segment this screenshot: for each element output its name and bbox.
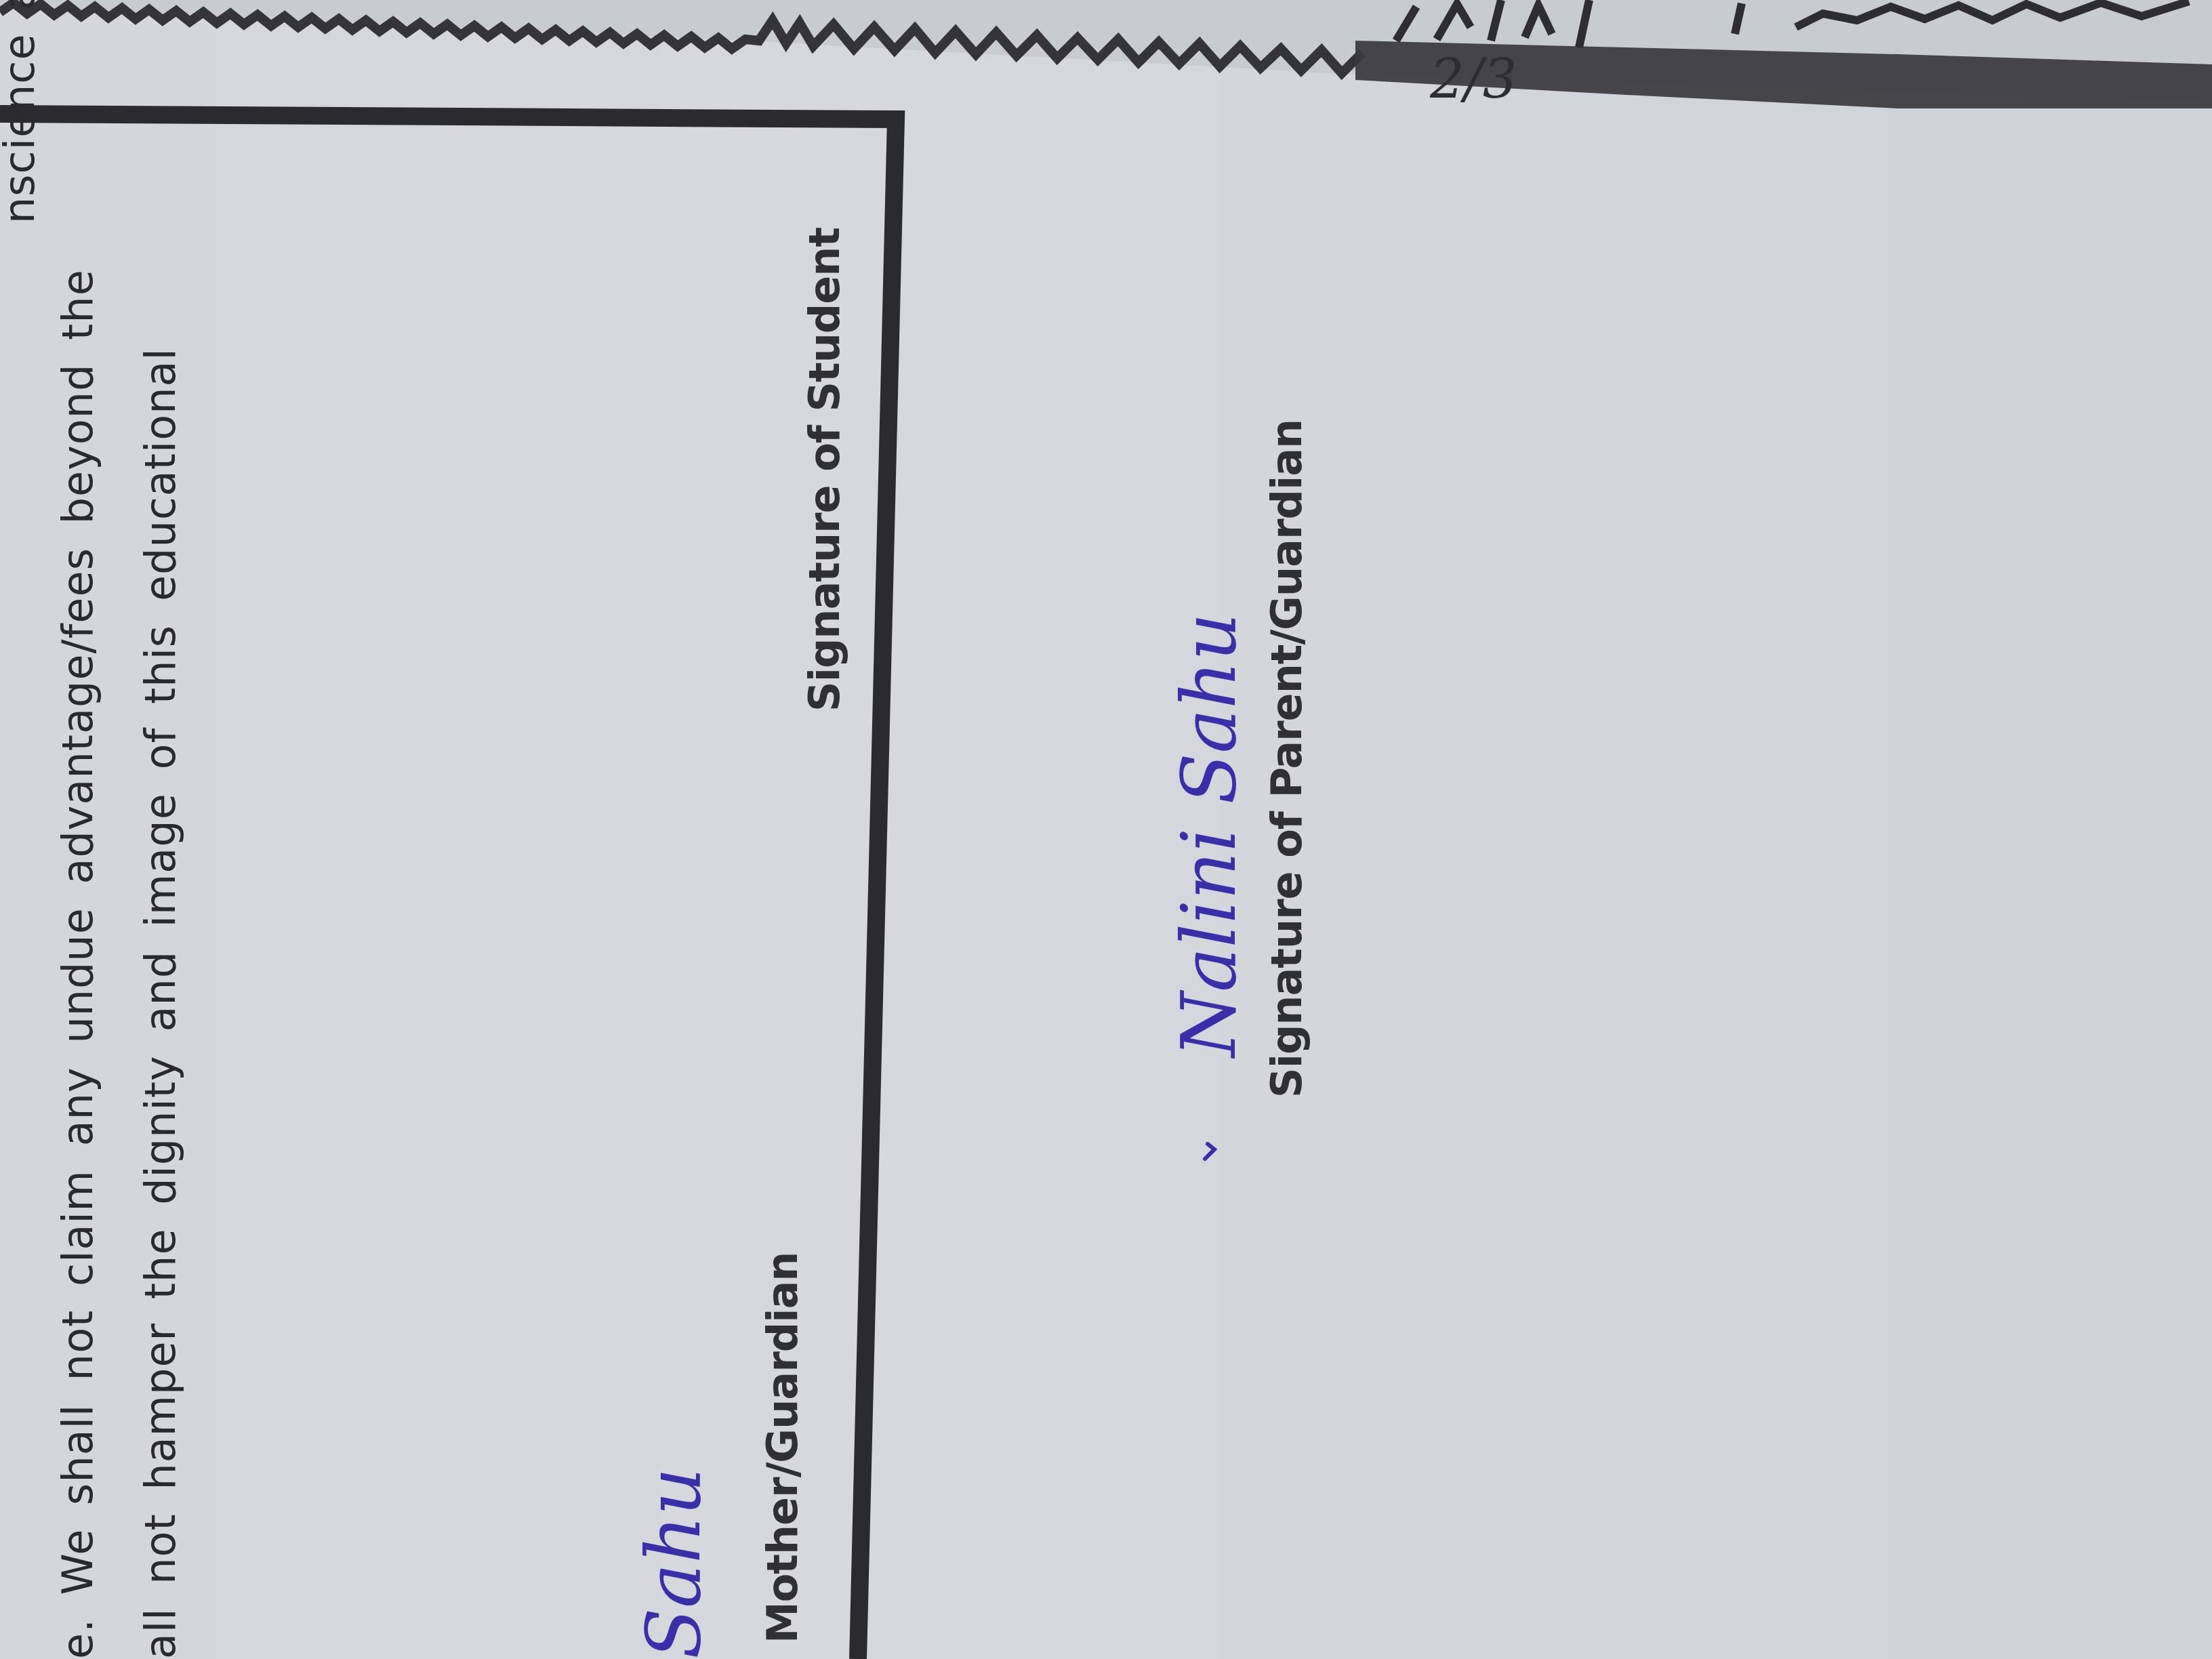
- parent-guardian-handwritten-signature: Nalini Sahu: [1166, 613, 1252, 1057]
- page-top-edge-border: [0, 0, 2212, 108]
- paragraph-line-1: e. We shall not claim any undue advantag…: [53, 269, 102, 1659]
- signature-box-border: [0, 0, 2212, 1659]
- parent-guardian-signature-label: Signature of Parent/Guardian: [1262, 419, 1311, 1098]
- mother-guardian-label: Mother/Guardian: [758, 1252, 807, 1643]
- paragraph-fragment-top: nscience and: [0, 0, 44, 224]
- mother-guardian-handwritten-signature: Sahu: [630, 1467, 717, 1659]
- student-signature-label: Signature of Student: [800, 228, 849, 712]
- header-handwriting: 2/3: [1430, 47, 1517, 110]
- document-photo: nscience and e. We shall not claim any u…: [0, 0, 2212, 1659]
- pen-mark: [1200, 1139, 1227, 1166]
- paragraph-line-2: all not hamper the dignity and image of …: [136, 348, 185, 1659]
